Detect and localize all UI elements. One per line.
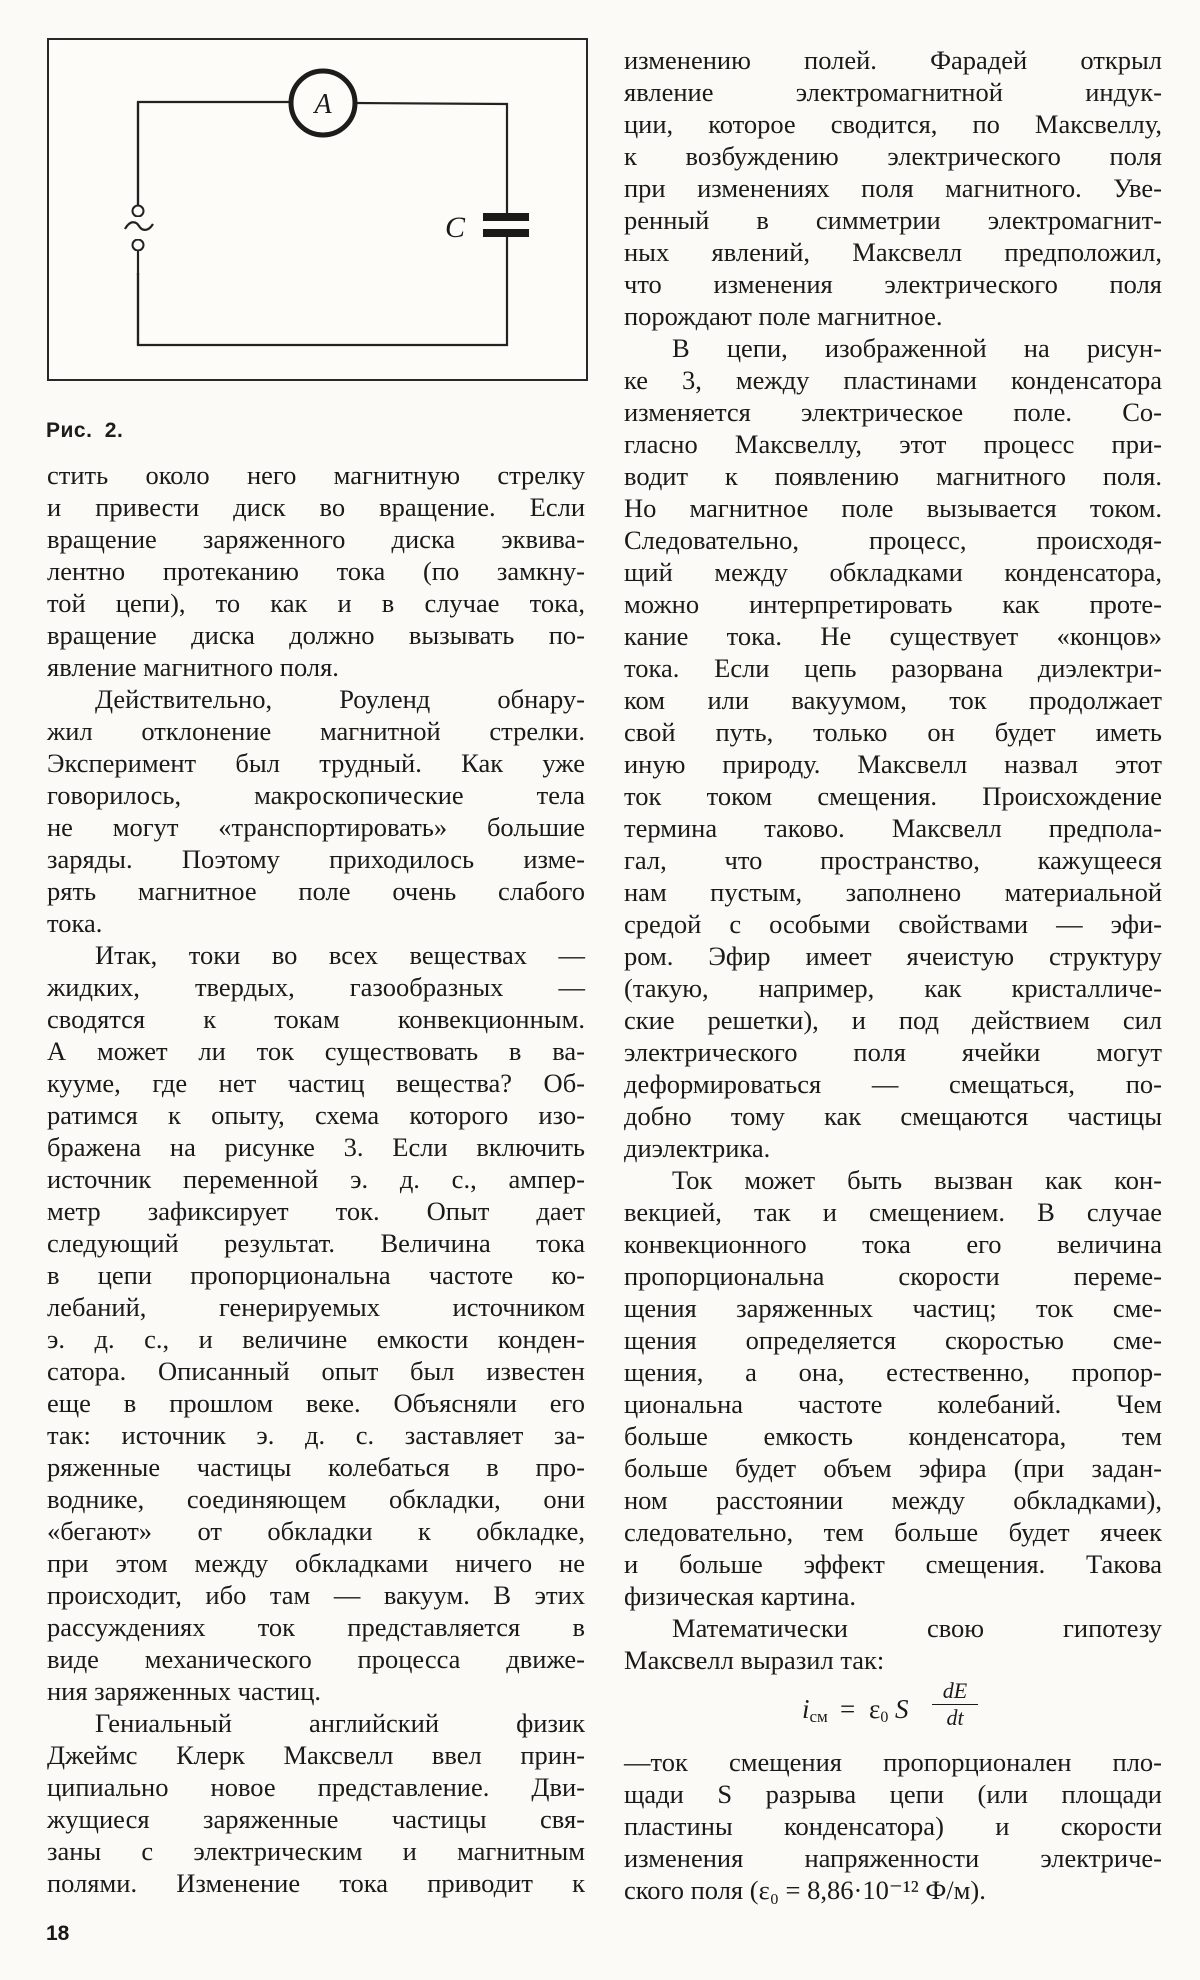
text-line: в цепи пропорциональна частоте ко- [47, 1259, 585, 1291]
source-terminal-top-icon [133, 206, 144, 217]
text-line: щения заряженных частиц; ток сме- [624, 1292, 1162, 1324]
text-line: жидких, твердых, газообразных — [47, 971, 585, 1003]
text-line: рять магнитное поле очень слабого [47, 875, 585, 907]
formula-fraction: dE dt [930, 1678, 980, 1731]
text-line: ком или вакуумом, ток продолжает [624, 684, 1162, 716]
text-line: ского поля (ε₀ = 8,86·10⁻¹² Ф/м). [624, 1874, 1162, 1906]
text-line: полями. Изменение тока приводит к [47, 1867, 585, 1899]
text-line: порождают поле магнитное. [624, 300, 1162, 332]
text-line: средой с особыми свойствами — эфи- [624, 908, 1162, 940]
text-line: пластины конденсатора) и скорости [624, 1810, 1162, 1842]
left-column: стить около него магнитную стрелкуи прив… [47, 459, 585, 1899]
circuit-diagram: A C [47, 38, 592, 385]
text-line: вращение заряженного диска эквива- [47, 523, 585, 555]
text-line: можно интерпретировать как проте- [624, 588, 1162, 620]
text-line: той цепи), то как и в случае тока, [47, 587, 585, 619]
text-line: лентно протеканию тока (по замкну- [47, 555, 585, 587]
text-line: водит к появлению магнитного поля. [624, 460, 1162, 492]
right-column-text-before-formula: изменению полей. Фарадей открылявление э… [624, 44, 1162, 1676]
circuit-figure: A C [47, 38, 588, 381]
text-line: ток током смещения. Происхождение [624, 780, 1162, 812]
displacement-current-formula: iсм = ε0 S dE dt [624, 1676, 1162, 1742]
text-line: ратимся к опыту, схема которого изо- [47, 1099, 585, 1131]
text-line: рассуждениях ток представляется в [47, 1611, 585, 1643]
text-line: что изменения электрического поля [624, 268, 1162, 300]
text-line: щий между обкладками конденсатора, [624, 556, 1162, 588]
text-line: щади S разрыва цепи (или площади [624, 1778, 1162, 1810]
text-line: больше будет объем эфира (при задан- [624, 1452, 1162, 1484]
capacitor-plate-bottom-icon [483, 229, 529, 237]
text-line: ром. Эфир имеет ячеистую структуру [624, 940, 1162, 972]
wire-top-left [138, 102, 289, 275]
text-line: (такую, например, как кристалличе- [624, 972, 1162, 1004]
text-line: тока. [47, 907, 585, 939]
text-line: виде механического процесса движе- [47, 1643, 585, 1675]
right-column-text-after-formula: —ток смещения пропорционален пло-щади S … [624, 1746, 1162, 1906]
text-line: следующий результат. Величина тока [47, 1227, 585, 1259]
text-line: метр зафиксирует ток. Опыт дает [47, 1195, 585, 1227]
text-line: заряды. Поэтому приходилось изме- [47, 843, 585, 875]
text-line: сводятся к токам конвекционным. [47, 1003, 585, 1035]
text-line: ния заряженных частиц. [47, 1675, 585, 1707]
text-line: гласно Максвеллу, этот процесс при- [624, 428, 1162, 460]
text-line: А может ли ток существовать в ва- [47, 1035, 585, 1067]
capacitor-label: C [445, 211, 466, 244]
text-line: щения определяется скоростью сме- [624, 1324, 1162, 1356]
text-line: жил отклонение магнитной стрелки. [47, 715, 585, 747]
text-line: Эксперимент был трудный. Как уже [47, 747, 585, 779]
text-line: происходит, ибо там — вакуум. В этих [47, 1579, 585, 1611]
text-line: термина таково. Максвелл предпола- [624, 812, 1162, 844]
text-line: диэлектрика. [624, 1132, 1162, 1164]
formula-denominator: dt [930, 1705, 980, 1731]
text-line: еще в прошлом веке. Объясняли его [47, 1387, 585, 1419]
text-line: говорилось, макроскопические тела [47, 779, 585, 811]
text-line: следовательно, тем больше будет ячеек [624, 1516, 1162, 1548]
formula-area: S [895, 1694, 909, 1725]
text-line: и больше эффект смещения. Такова [624, 1548, 1162, 1580]
text-line: иную природу. Максвелл назвал этот [624, 748, 1162, 780]
text-line: изменяется электрическое поле. Со- [624, 396, 1162, 428]
text-line: так: источник э. д. с. заставляет за- [47, 1419, 585, 1451]
text-line: пропорциональна скорости переме- [624, 1260, 1162, 1292]
text-line: бражена на рисунке 3. Если включить [47, 1131, 585, 1163]
right-column: изменению полей. Фарадей открылявление э… [624, 44, 1162, 1906]
text-line: нам пустым, заполнено материальной [624, 876, 1162, 908]
text-line: кууме, где нет частиц вещества? Об- [47, 1067, 585, 1099]
text-line: Действительно, Роуленд обнару- [47, 683, 585, 715]
text-line: циональна частоте колебаний. Чем [624, 1388, 1162, 1420]
text-line: Гениальный английский физик [47, 1707, 585, 1739]
text-line: вращение диска должно вызывать по- [47, 619, 585, 651]
text-line: —ток смещения пропорционален пло- [624, 1746, 1162, 1778]
text-line: источник переменной э. д. с., ампер- [47, 1163, 585, 1195]
text-line: деформироваться — смещаться, по- [624, 1068, 1162, 1100]
text-line: Джеймс Клерк Максвелл ввел прин- [47, 1739, 585, 1771]
text-line: явление магнитного поля. [47, 651, 585, 683]
page-number: 18 [46, 1922, 69, 1946]
formula-numerator: dE [930, 1678, 980, 1704]
text-line: стить около него магнитную стрелку [47, 459, 585, 491]
text-line: э. д. с., и величине емкости конден- [47, 1323, 585, 1355]
text-line: ции, которое сводится, по Максвеллу, [624, 108, 1162, 140]
wire-bottom [138, 235, 507, 345]
figure-caption: Рис. 2. [46, 419, 123, 443]
text-line: при этом между обкладками ничего не [47, 1547, 585, 1579]
text-line: не могут «транспортировать» большие [47, 811, 585, 843]
text-line: конвекционного тока его величина [624, 1228, 1162, 1260]
text-line: гал, что пространство, кажущееся [624, 844, 1162, 876]
text-line: Итак, токи во всех веществах — [47, 939, 585, 971]
text-line: ном расстоянии между обкладками), [624, 1484, 1162, 1516]
text-line: ке 3, между пластинами конденсатора [624, 364, 1162, 396]
text-line: ных явлений, Максвелл предположил, [624, 236, 1162, 268]
text-line: Но магнитное поле вызывается током. [624, 492, 1162, 524]
wire-top-right [355, 103, 507, 217]
capacitor-plate-top-icon [483, 213, 529, 221]
text-line: ские решетки), и под действием сил [624, 1004, 1162, 1036]
text-line: добно тому как смещаются частицы [624, 1100, 1162, 1132]
formula-lhs: iсм [802, 1694, 828, 1727]
text-line: свой путь, только он будет иметь [624, 716, 1162, 748]
text-line: физическая картина. [624, 1580, 1162, 1612]
formula-equals: = [840, 1694, 855, 1725]
text-line: ренный в симметрии электромагнит- [624, 204, 1162, 236]
text-line: к возбуждению электрического поля [624, 140, 1162, 172]
text-line: больше емкость конденсатора, тем [624, 1420, 1162, 1452]
text-line: ряженные частицы колебаться в про- [47, 1451, 585, 1483]
text-line: тока. Если цепь разорвана диэлектри- [624, 652, 1162, 684]
text-line: кание тока. Не существует «концов» [624, 620, 1162, 652]
text-line: явление электромагнитной индук- [624, 76, 1162, 108]
text-line: «бегают» от обкладки к обкладке, [47, 1515, 585, 1547]
text-line: сатора. Описанный опыт был известен [47, 1355, 585, 1387]
text-line: Следовательно, процесс, происходя- [624, 524, 1162, 556]
text-line: электрического поля ячейки могут [624, 1036, 1162, 1068]
text-line: ципиально новое представление. Дви- [47, 1771, 585, 1803]
text-line: заны с электрическим и магнитным [47, 1835, 585, 1867]
text-line: жущиеся заряженные частицы свя- [47, 1803, 585, 1835]
ammeter-label: A [312, 89, 332, 120]
text-line: воднике, соединяющем обкладки, они [47, 1483, 585, 1515]
text-line: изменению полей. Фарадей открыл [624, 44, 1162, 76]
text-line: изменения напряженности электриче- [624, 1842, 1162, 1874]
text-line: лебаний, генерируемых источником [47, 1291, 585, 1323]
text-line: Ток может быть вызван как кон- [624, 1164, 1162, 1196]
text-line: щения, а она, естественно, пропор- [624, 1356, 1162, 1388]
source-terminal-bottom-icon [133, 240, 144, 251]
text-line: и привести диск во вращение. Если [47, 491, 585, 523]
text-line: В цепи, изображенной на рисун- [624, 332, 1162, 364]
formula-epsilon: ε0 [869, 1694, 888, 1727]
text-line: Математически свою гипотезу [624, 1612, 1162, 1644]
text-line: векцией, так и смещением. В случае [624, 1196, 1162, 1228]
text-line: Максвелл выразил так: [624, 1644, 1162, 1676]
text-line: при изменениях поля магнитного. Уве- [624, 172, 1162, 204]
